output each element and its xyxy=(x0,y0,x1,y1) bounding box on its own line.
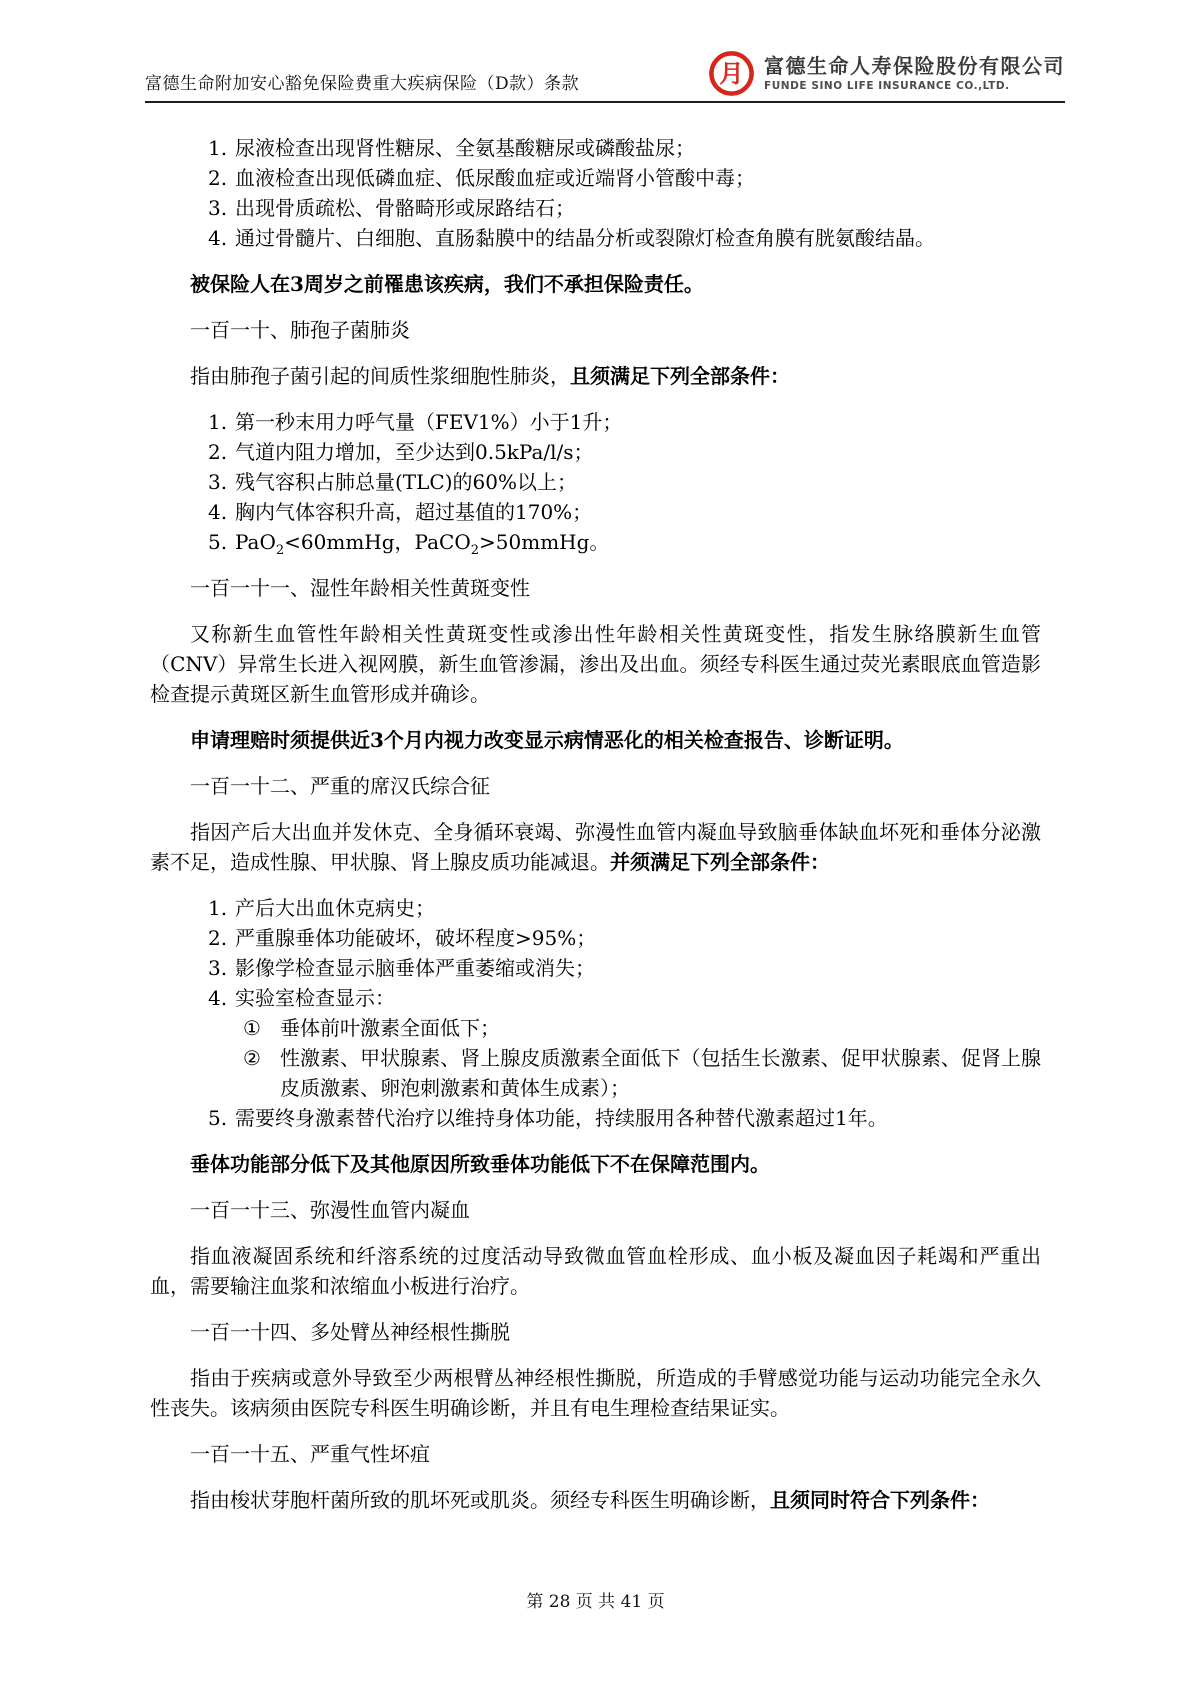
list-item-number: 3. xyxy=(208,193,227,223)
sub-list-item-text: 垂体前叶激素全面低下； xyxy=(280,1016,500,1040)
list-item-text: 出现骨质疏松、骨骼畸形或尿路结石； xyxy=(235,196,575,220)
list-item-number: 5. xyxy=(208,527,227,557)
brand-text: 富德生命人寿保险股份有限公司 FUNDE SINO LIFE INSURANCE… xyxy=(764,55,1065,92)
sub-list-item: ①垂体前叶激素全面低下； xyxy=(150,1013,1041,1043)
list-item-text: 第一秒末用力呼气量（FEV1%）小于1升； xyxy=(235,410,622,434)
list-item-text: 尿液检查出现肾性糖尿、全氨基酸糖尿或磷酸盐尿； xyxy=(235,136,695,160)
paragraph: 指由于疾病或意外导致至少两根臂丛神经根性撕脱，所造成的手臂感觉功能与运动功能完全… xyxy=(150,1363,1041,1423)
list-item-number: 4. xyxy=(208,983,227,1013)
list-item-number: 2. xyxy=(208,437,227,467)
sub-list-item: ②性激素、甲状腺素、肾上腺皮质激素全面低下（包括生长激素、促甲状腺素、促肾上腺皮… xyxy=(150,1043,1041,1103)
svg-text:月: 月 xyxy=(719,59,743,88)
list-item-text: 需要终身激素替代治疗以维持身体功能，持续服用各种替代激素超过1年。 xyxy=(235,1106,888,1130)
company-brand: 月 富德生命人寿保险股份有限公司 FUNDE SINO LIFE INSURAN… xyxy=(708,50,1065,99)
list-item-text: 严重腺垂体功能破坏，破坏程度>95%； xyxy=(235,926,596,950)
page-header: 富德生命附加安心豁免保险费重大疾病保险（D款）条款 月 富德生命人寿保险股份有限… xyxy=(0,0,1191,103)
list-item: 5.PaO2<60mmHg，PaCO2>50mmHg。 xyxy=(150,527,1041,557)
list-item: 1.产后大出血休克病史； xyxy=(150,893,1041,923)
page-footer: 第 28 页 共 41 页 xyxy=(0,1587,1191,1612)
list-item-number: 3. xyxy=(208,467,227,497)
list-item-number: 2. xyxy=(208,923,227,953)
section-title: 一百一十一、湿性年龄相关性黄斑变性 xyxy=(150,573,1041,603)
section-title: 一百一十二、严重的席汉氏综合征 xyxy=(150,771,1041,801)
document-title: 富德生命附加安心豁免保险费重大疾病保险（D款）条款 xyxy=(145,69,579,99)
list-item: 3.影像学检查显示脑垂体严重萎缩或消失； xyxy=(150,953,1041,983)
section-title: 一百一十四、多处臂丛神经根性撕脱 xyxy=(150,1317,1041,1347)
ordered-list: 1.尿液检查出现肾性糖尿、全氨基酸糖尿或磷酸盐尿；2.血液检查出现低磷血症、低尿… xyxy=(150,133,1041,253)
list-item: 3.残气容积占肺总量(TLC)的60%以上； xyxy=(150,467,1041,497)
list-item-text: 产后大出血休克病史； xyxy=(235,896,435,920)
sub-list-item-text: 性激素、甲状腺素、肾上腺皮质激素全面低下（包括生长激素、促甲状腺素、促肾上腺皮质… xyxy=(280,1046,1041,1100)
ordered-list: 1.第一秒末用力呼气量（FEV1%）小于1升；2.气道内阻力增加，至少达到0.5… xyxy=(150,407,1041,557)
paragraph: 指由梭状芽胞杆菌所致的肌坏死或肌炎。须经专科医生明确诊断，且须同时符合下列条件： xyxy=(150,1485,1041,1515)
paragraph: 指血液凝固系统和纤溶系统的过度活动导致微血管血栓形成、血小板及凝血因子耗竭和严重… xyxy=(150,1241,1041,1301)
sub-list-item-number: ① xyxy=(243,1013,261,1043)
list-item-text: 血液检查出现低磷血症、低尿酸血症或近端肾小管酸中毒； xyxy=(235,166,755,190)
section-title: 一百一十五、严重气性坏疽 xyxy=(150,1439,1041,1469)
company-name-cn: 富德生命人寿保险股份有限公司 xyxy=(764,55,1065,78)
list-item: 3.出现骨质疏松、骨骼畸形或尿路结石； xyxy=(150,193,1041,223)
bold-statement: 被保险人在3周岁之前罹患该疾病，我们不承担保险责任。 xyxy=(150,269,1041,299)
document-page: 富德生命附加安心豁免保险费重大疾病保险（D款）条款 月 富德生命人寿保险股份有限… xyxy=(0,0,1191,1684)
list-item-number: 3. xyxy=(208,953,227,983)
list-item-number: 4. xyxy=(208,497,227,527)
list-item-text: PaO2<60mmHg，PaCO2>50mmHg。 xyxy=(235,530,609,554)
document-body: 1.尿液检查出现肾性糖尿、全氨基酸糖尿或磷酸盐尿；2.血液检查出现低磷血症、低尿… xyxy=(0,103,1191,1515)
section-title: 一百一十、肺孢子菌肺炎 xyxy=(150,315,1041,345)
sub-list-item-number: ② xyxy=(243,1043,261,1073)
list-item-number: 1. xyxy=(208,893,227,923)
paragraph: 指由肺孢子菌引起的间质性浆细胞性肺炎，且须满足下列全部条件： xyxy=(150,361,1041,391)
list-item: 2.气道内阻力增加，至少达到0.5kPa/l/s； xyxy=(150,437,1041,467)
list-item-text: 气道内阻力增加，至少达到0.5kPa/l/s； xyxy=(235,440,594,464)
list-item-text: 残气容积占肺总量(TLC)的60%以上； xyxy=(235,470,577,494)
company-name-en: FUNDE SINO LIFE INSURANCE CO.,LTD. xyxy=(764,80,1065,92)
ordered-list: 1.产后大出血休克病史；2.严重腺垂体功能破坏，破坏程度>95%；3.影像学检查… xyxy=(150,893,1041,1133)
list-item-number: 1. xyxy=(208,407,227,437)
list-item: 1.尿液检查出现肾性糖尿、全氨基酸糖尿或磷酸盐尿； xyxy=(150,133,1041,163)
list-item: 1.第一秒末用力呼气量（FEV1%）小于1升； xyxy=(150,407,1041,437)
list-item-text: 实验室检查显示： xyxy=(235,986,395,1010)
list-item-number: 4. xyxy=(208,223,227,253)
list-item: 2.血液检查出现低磷血症、低尿酸血症或近端肾小管酸中毒； xyxy=(150,163,1041,193)
list-item-number: 2. xyxy=(208,163,227,193)
list-item-number: 1. xyxy=(208,133,227,163)
paragraph: 指因产后大出血并发休克、全身循环衰竭、弥漫性血管内凝血导致脑垂体缺血坏死和垂体分… xyxy=(150,817,1041,877)
funde-seal-icon: 月 xyxy=(708,50,755,97)
bold-statement: 垂体功能部分低下及其他原因所致垂体功能低下不在保障范围内。 xyxy=(150,1149,1041,1179)
header-row: 富德生命附加安心豁免保险费重大疾病保险（D款）条款 月 富德生命人寿保险股份有限… xyxy=(145,50,1065,99)
section-title: 一百一十三、弥漫性血管内凝血 xyxy=(150,1195,1041,1225)
list-item-text: 胸内气体容积升高，超过基值的170%； xyxy=(235,500,592,524)
paragraph: 又称新生血管性年龄相关性黄斑变性或渗出性年龄相关性黄斑变性，指发生脉络膜新生血管… xyxy=(150,619,1041,709)
list-item: 4.胸内气体容积升高，超过基值的170%； xyxy=(150,497,1041,527)
list-item-text: 通过骨髓片、白细胞、直肠黏膜中的结晶分析或裂隙灯检查角膜有胱氨酸结晶。 xyxy=(235,226,935,250)
page-number: 第 28 页 共 41 页 xyxy=(526,1592,664,1612)
list-item: 2.严重腺垂体功能破坏，破坏程度>95%； xyxy=(150,923,1041,953)
list-item: 4.通过骨髓片、白细胞、直肠黏膜中的结晶分析或裂隙灯检查角膜有胱氨酸结晶。 xyxy=(150,223,1041,253)
list-item: 4.实验室检查显示： xyxy=(150,983,1041,1013)
bold-statement: 申请理赔时须提供近3个月内视力改变显示病情恶化的相关检查报告、诊断证明。 xyxy=(150,725,1041,755)
list-item-number: 5. xyxy=(208,1103,227,1133)
list-item-text: 影像学检查显示脑垂体严重萎缩或消失； xyxy=(235,956,595,980)
list-item: 5.需要终身激素替代治疗以维持身体功能，持续服用各种替代激素超过1年。 xyxy=(150,1103,1041,1133)
